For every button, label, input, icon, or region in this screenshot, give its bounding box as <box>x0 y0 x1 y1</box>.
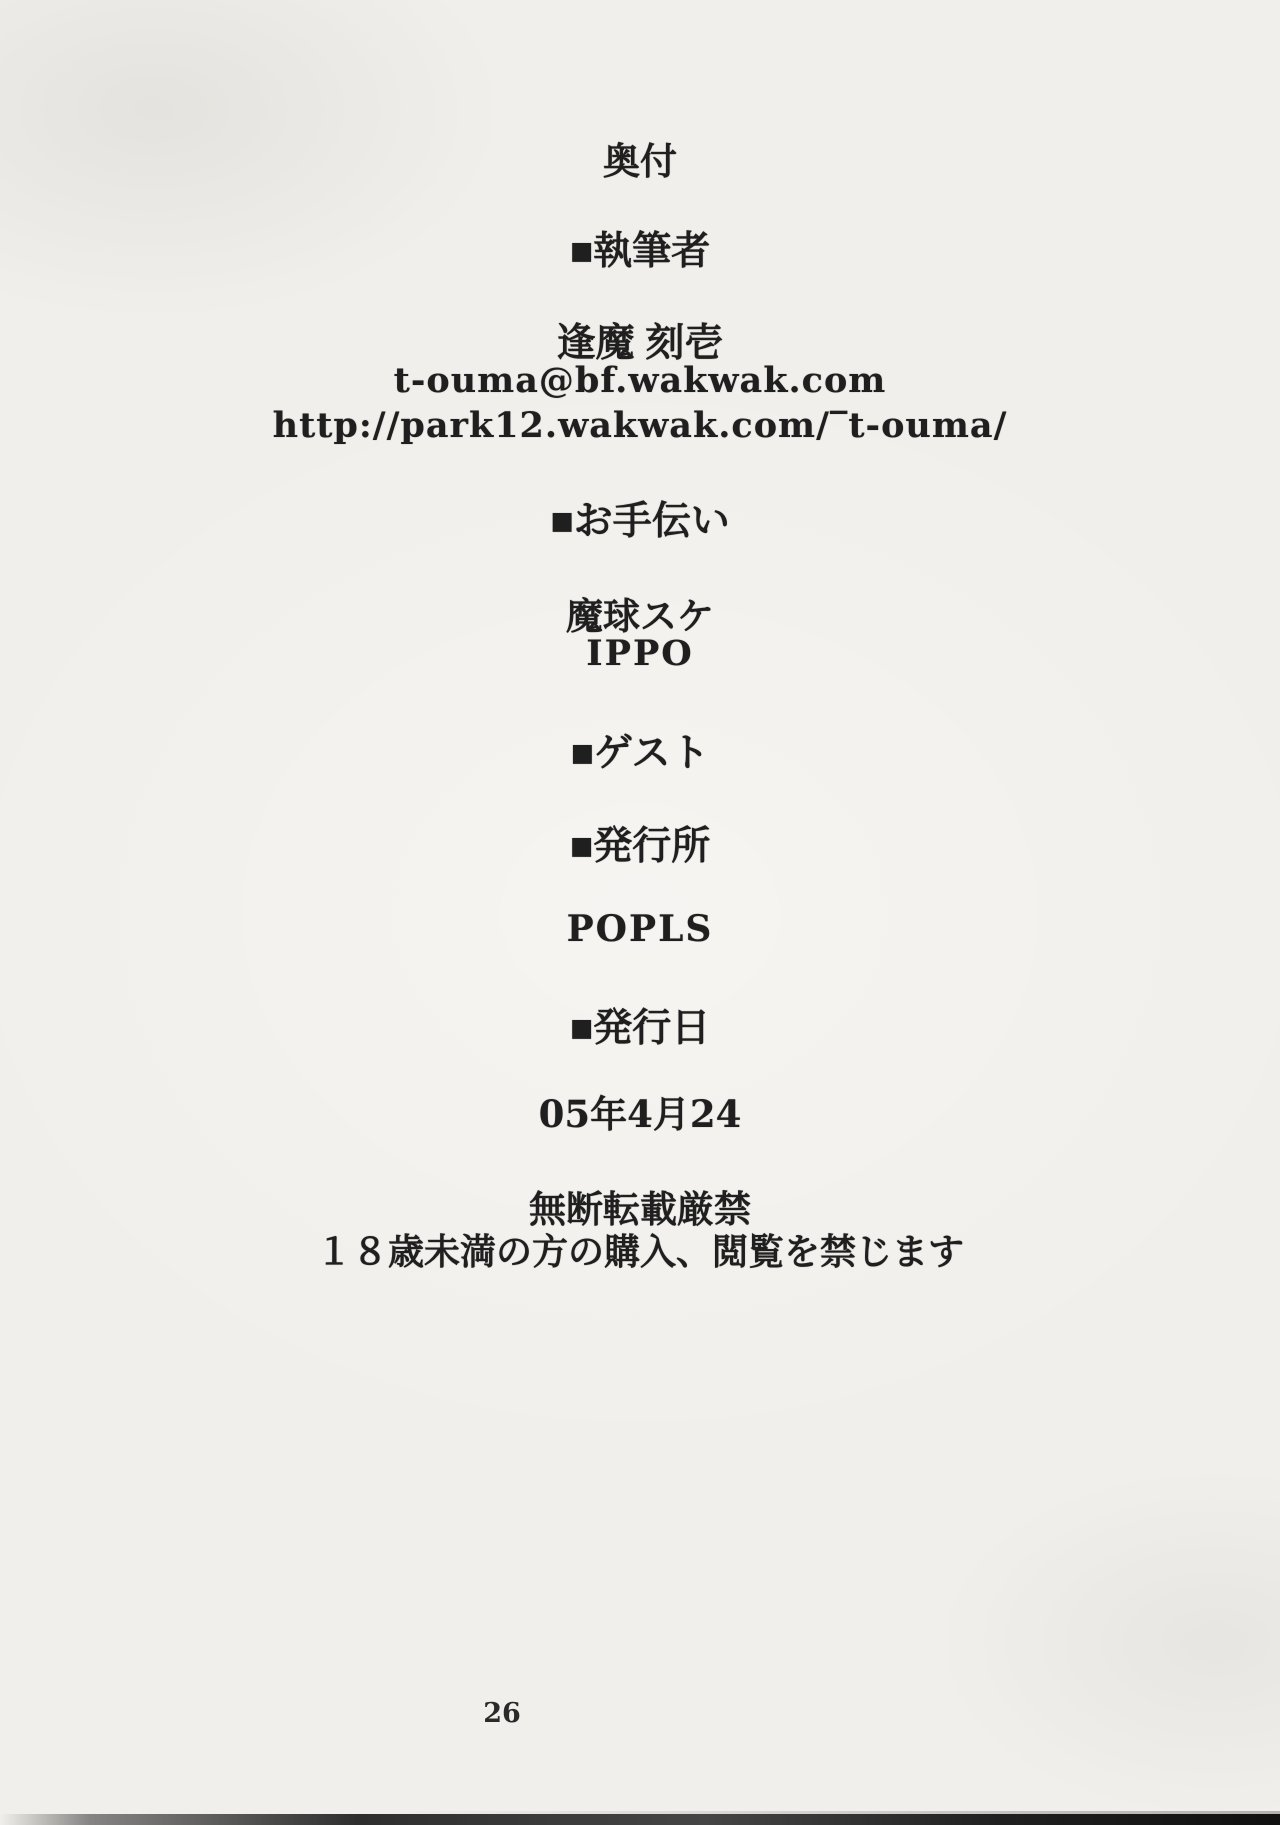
section-heading-publisher: ■発行所 <box>20 815 1260 871</box>
publisher-name: POPLS <box>20 908 1260 950</box>
colophon-page: 奥付 ■執筆者 逢魔 刻壱 t-ouma@bf.wakwak.com http:… <box>0 0 1280 1825</box>
scan-edge-artifact <box>0 1814 1280 1825</box>
notice-age-restriction: １８歳未満の方の購入、閲覧を禁じます <box>20 1224 1260 1275</box>
publication-date: 05年4月24 <box>20 1084 1260 1138</box>
section-heading-publication-date: ■発行日 <box>20 997 1260 1053</box>
author-email: t-ouma@bf.wakwak.com <box>20 360 1260 401</box>
author-website-url: http://park12.wakwak.com/‾t-ouma/ <box>20 405 1260 446</box>
section-heading-helpers: ■お手伝い <box>20 490 1260 546</box>
helper-name: IPPO <box>20 633 1260 674</box>
section-heading-writer: ■執筆者 <box>20 220 1260 276</box>
page-number: 26 <box>452 1698 552 1729</box>
page-title: 奥付 <box>20 131 1260 185</box>
section-heading-guest: ■ゲスト <box>20 722 1260 778</box>
helper-name: 魔球スケ <box>20 586 1260 640</box>
